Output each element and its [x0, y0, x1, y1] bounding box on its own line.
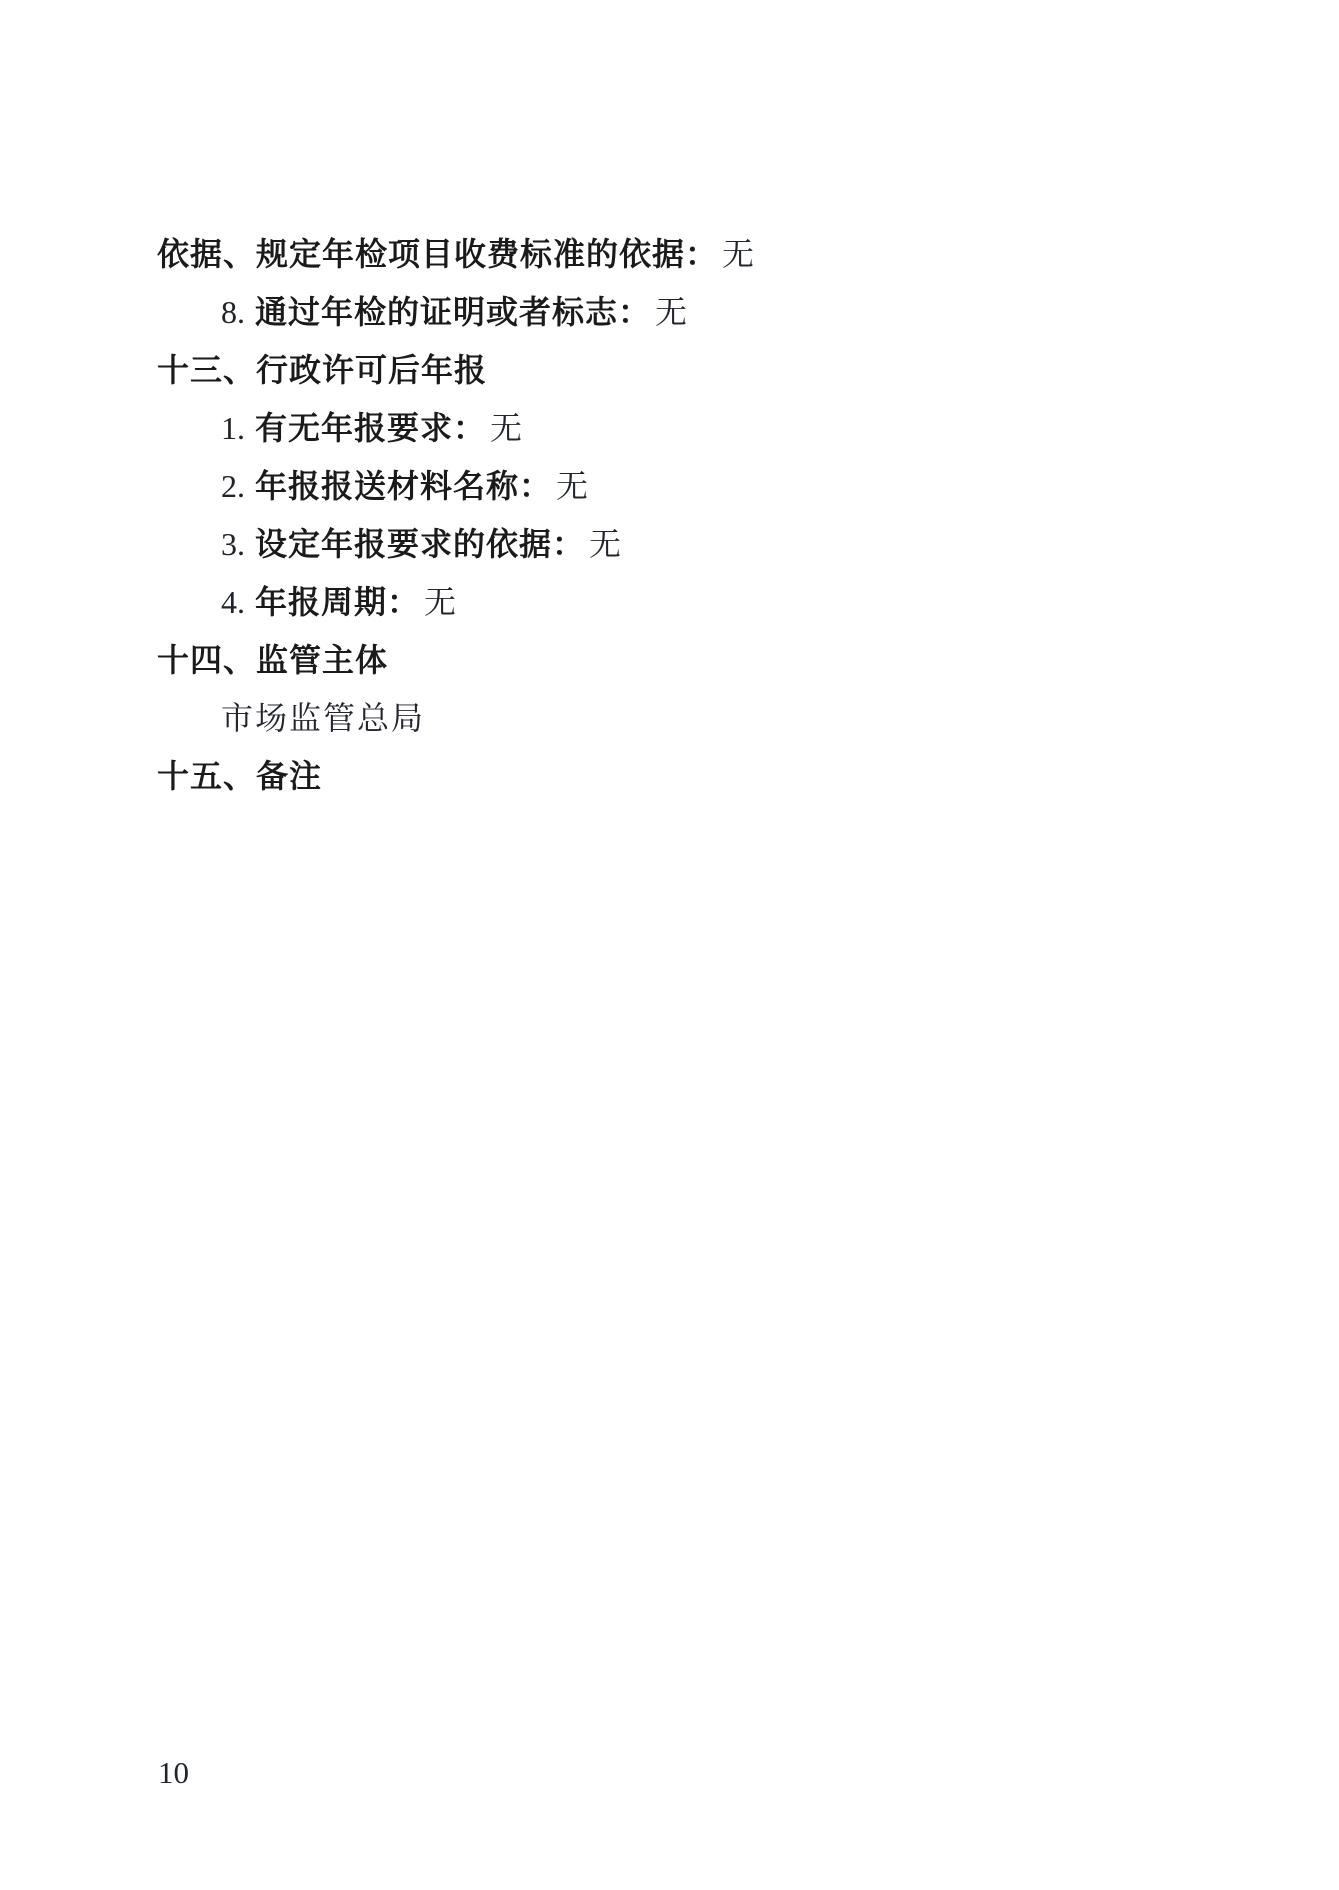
field-label: 年报报送材料名称： [255, 468, 552, 504]
page-number: 10 [158, 1753, 189, 1793]
field-label: 年报周期： [255, 584, 420, 620]
item-1-annual-report-required: 1.有无年报要求：无 [157, 399, 1219, 457]
body-text: 市场监管总局 [221, 700, 425, 736]
field-value: 无 [556, 468, 588, 504]
field-label: 设定年报要求的依据： [255, 526, 585, 562]
document-page: 依据、规定年检项目收费标准的依据：无 8.通过年检的证明或者标志：无 十三、行政… [0, 0, 1339, 1890]
field-label: 依据、规定年检项目收费标准的依据： [157, 236, 718, 272]
section-heading-text: 十五、备注 [157, 758, 322, 794]
item-number: 4. [221, 584, 245, 620]
field-label: 有无年报要求： [255, 410, 486, 446]
item-3-report-requirement-basis: 3.设定年报要求的依据：无 [157, 515, 1219, 573]
item-number: 8. [221, 294, 245, 330]
section-15-heading: 十五、备注 [157, 747, 1219, 805]
item-2-report-material-names: 2.年报报送材料名称：无 [157, 457, 1219, 515]
item-4-report-cycle: 4.年报周期：无 [157, 573, 1219, 631]
item-number: 3. [221, 526, 245, 562]
item-8-inspection-certificate: 8.通过年检的证明或者标志：无 [157, 283, 1219, 341]
field-value: 无 [589, 526, 621, 562]
wrapped-line-fee-basis: 依据、规定年检项目收费标准的依据：无 [157, 225, 1219, 283]
section-14-heading: 十四、监管主体 [157, 631, 1219, 689]
item-number: 1. [221, 410, 245, 446]
field-label: 通过年检的证明或者标志： [255, 294, 651, 330]
field-value: 无 [490, 410, 522, 446]
field-value: 无 [655, 294, 687, 330]
section-13-heading: 十三、行政许可后年报 [157, 341, 1219, 399]
field-value: 无 [424, 584, 456, 620]
section-heading-text: 十四、监管主体 [157, 642, 388, 678]
field-value: 无 [722, 236, 754, 272]
section-heading-text: 十三、行政许可后年报 [157, 352, 487, 388]
document-body: 依据、规定年检项目收费标准的依据：无 8.通过年检的证明或者标志：无 十三、行政… [157, 225, 1219, 805]
supervision-body-line: 市场监管总局 [157, 689, 1219, 747]
item-number: 2. [221, 468, 245, 504]
